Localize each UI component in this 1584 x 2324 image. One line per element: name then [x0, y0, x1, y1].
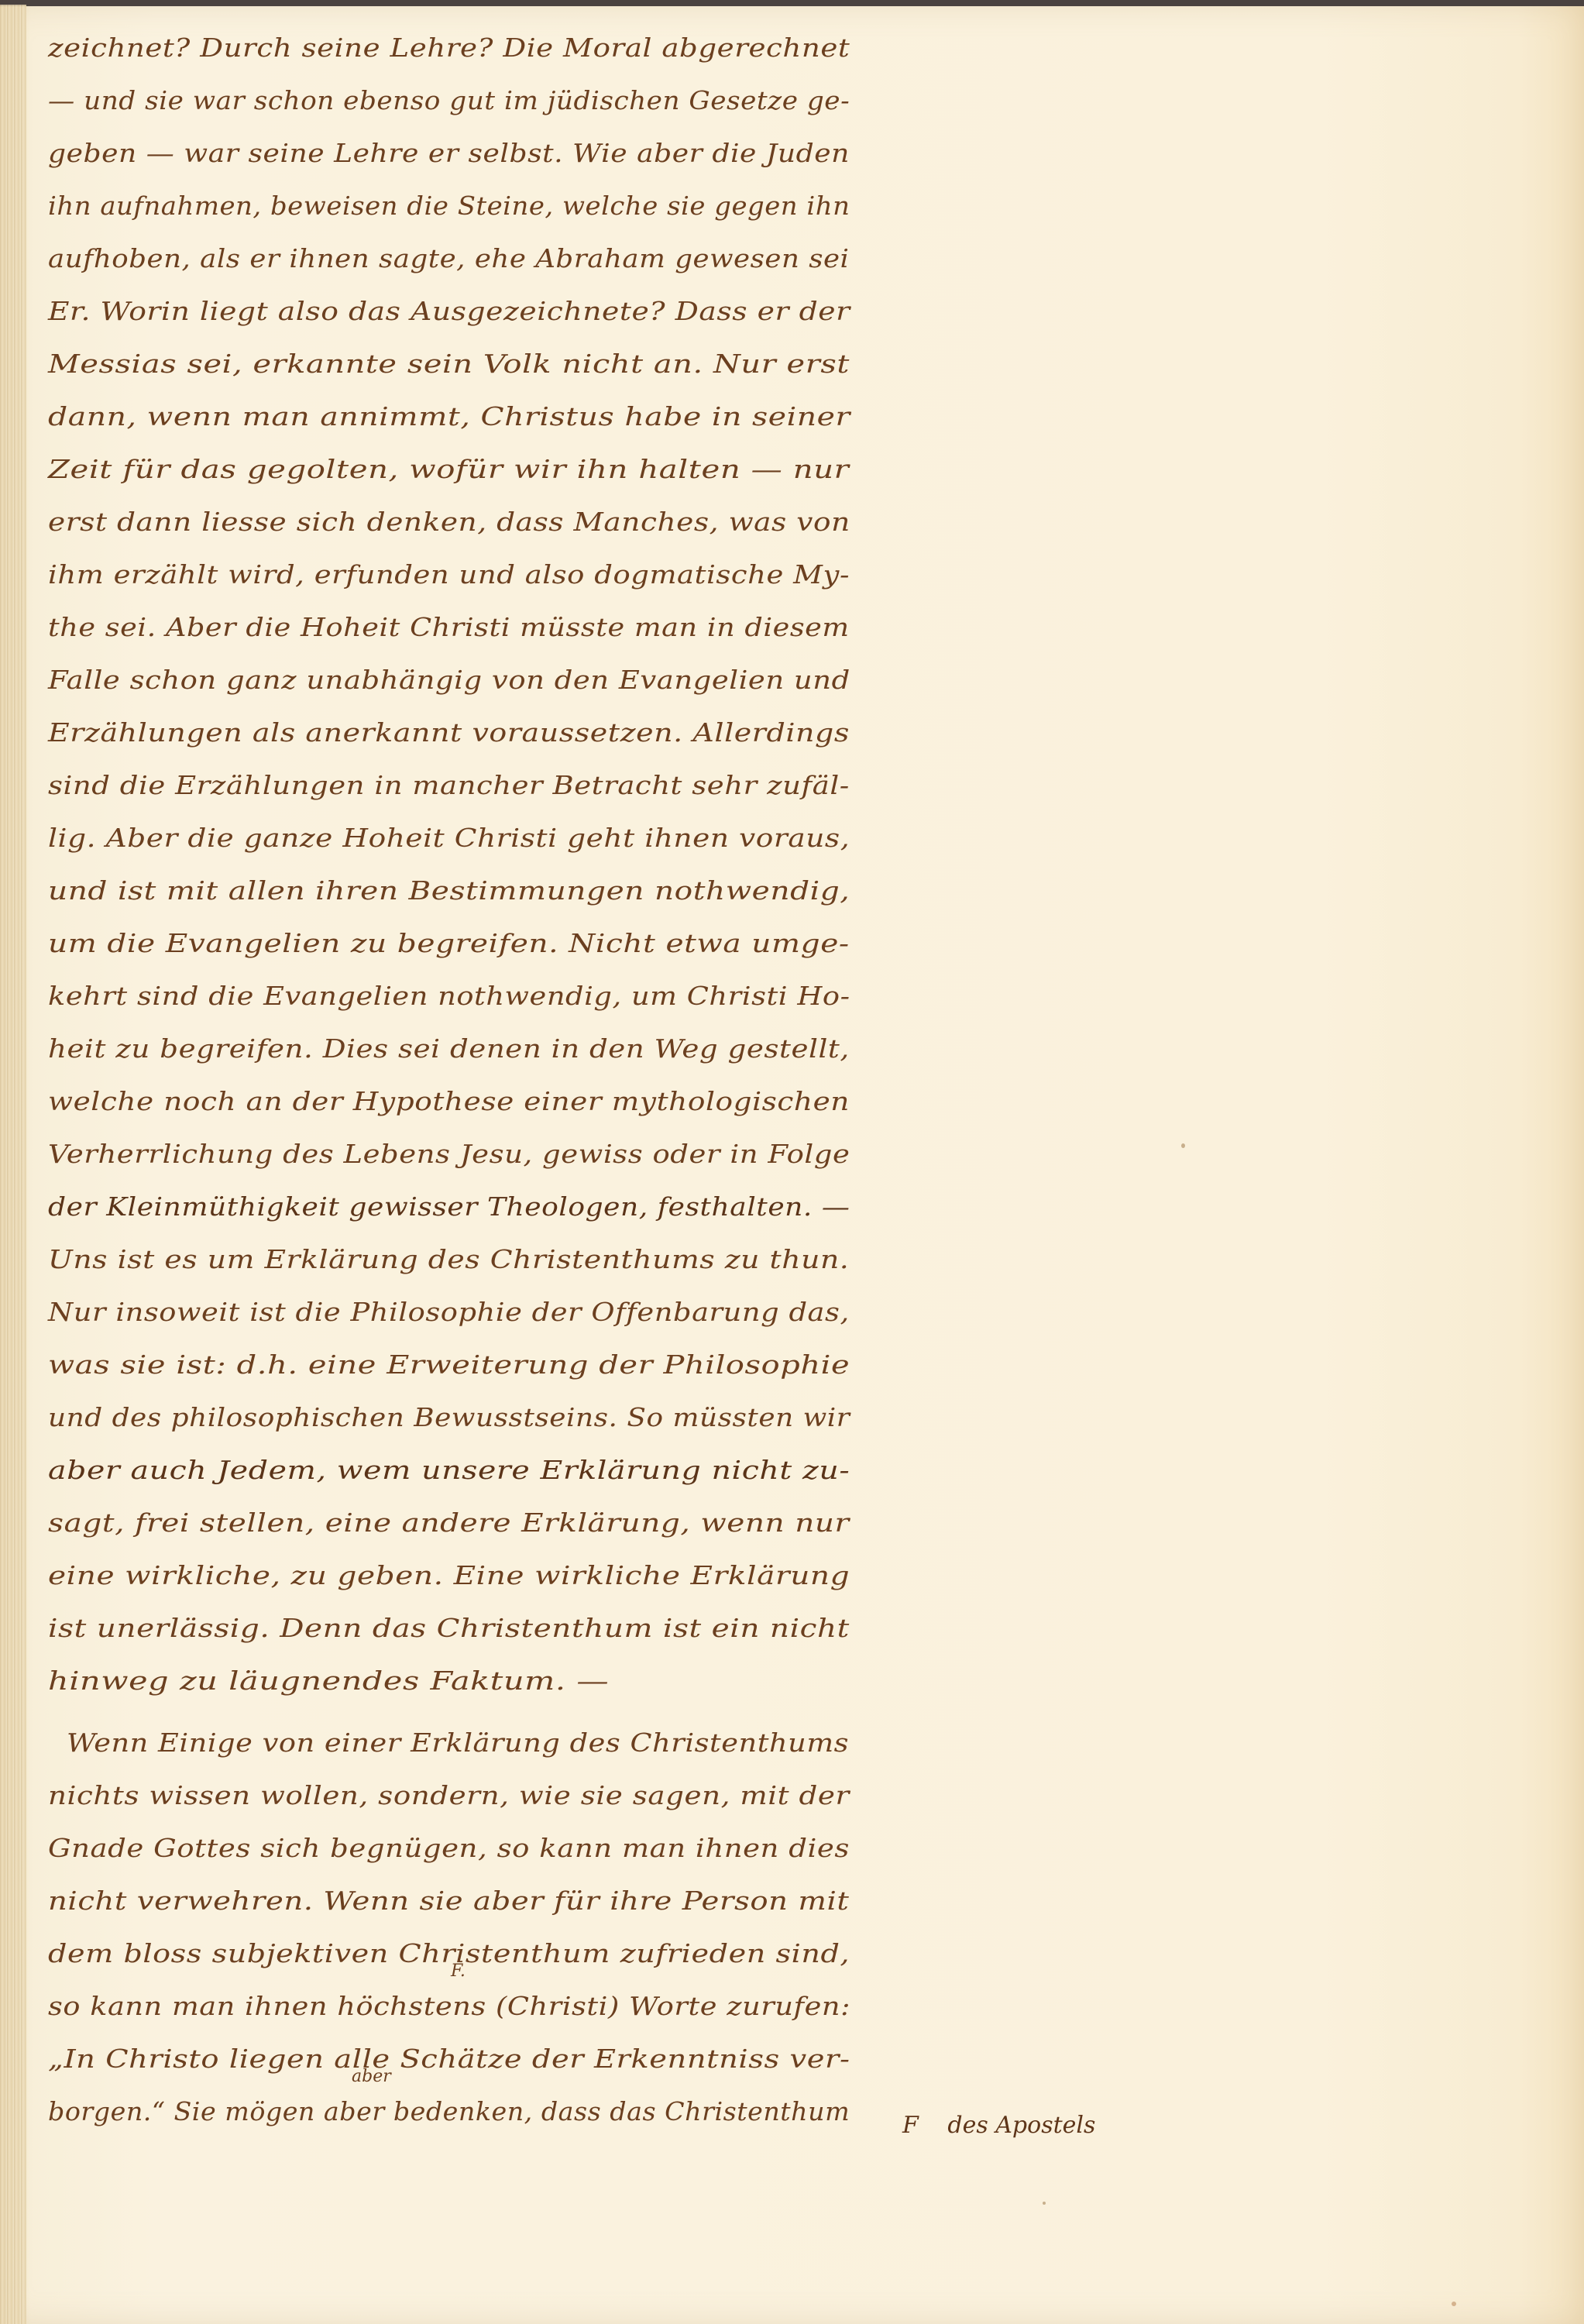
margin-note-marker: F	[902, 2112, 919, 2139]
paper-speck	[1181, 1143, 1185, 1148]
manuscript-line: Erzählungen als anerkannt voraussetzen. …	[48, 711, 850, 755]
manuscript-line: Verherrlichung des Lebens Jesu, gewiss o…	[48, 1133, 850, 1176]
binding-gutter	[0, 5, 26, 2324]
manuscript-line: dann, wenn man annimmt, Christus habe in…	[48, 395, 850, 438]
margin-note-text: des Apostels	[947, 2112, 1095, 2139]
manuscript-line: zeichnet? Durch seine Lehre? Die Moral a…	[48, 26, 850, 70]
manuscript-line: lig. Aber die ganze Hoheit Christi geht …	[48, 816, 850, 860]
manuscript-line: ihm erzählt wird, erfunden und also dogm…	[48, 553, 850, 596]
manuscript-line: the sei. Aber die Hoheit Christi müsste …	[48, 606, 850, 649]
interlinear-insertion-marker: F.	[451, 1961, 466, 1981]
manuscript-line: dem bloss subjektiven Christenthum zufri…	[48, 1932, 850, 1975]
manuscript-line: und ist mit allen ihren Bestimmungen not…	[48, 869, 850, 913]
manuscript-line: heit zu begreifen. Dies sei denen in den…	[48, 1027, 850, 1071]
manuscript-page: zeichnet? Durch seine Lehre? Die Moral a…	[0, 5, 1584, 2324]
manuscript-line: Falle schon ganz unabhängig von den Evan…	[48, 658, 850, 702]
manuscript-line: borgen.“ Sie mögen aber bedenken, dass d…	[48, 2090, 850, 2133]
manuscript-line: Er. Worin liegt also das Ausgezeichnete?…	[48, 290, 850, 333]
manuscript-line: Messias sei, erkannte sein Volk nicht an…	[48, 342, 850, 386]
manuscript-line: eine wirkliche, zu geben. Eine wirkliche…	[48, 1554, 850, 1597]
manuscript-line: ist unerlässig. Denn das Christenthum is…	[48, 1607, 850, 1650]
margin-note: F des Apostels	[902, 2112, 1095, 2139]
manuscript-line: geben — war seine Lehre er selbst. Wie a…	[48, 132, 850, 175]
manuscript-line: Zeit für das gegolten, wofür wir ihn hal…	[48, 448, 849, 491]
manuscript-line: Nur insoweit ist die Philosophie der Off…	[48, 1291, 850, 1334]
manuscript-line: so kann man ihnen höchstens (Christi) Wo…	[48, 1985, 850, 2028]
manuscript-line: Gnade Gottes sich begnügen, so kann man …	[48, 1827, 850, 1870]
manuscript-line: — und sie war schon ebenso gut im jüdisc…	[48, 79, 850, 122]
paper-speck	[1452, 2302, 1456, 2306]
manuscript-line: „In Christo liegen alle Schätze der Erke…	[48, 2037, 850, 2081]
manuscript-line: welche noch an der Hypothese einer mytho…	[48, 1080, 850, 1123]
book-cover-edge	[0, 0, 1584, 6]
manuscript-line: Uns ist es um Erklärung des Christenthum…	[48, 1238, 849, 1281]
manuscript-line: nichts wissen wollen, sondern, wie sie s…	[48, 1774, 850, 1817]
paper-speck	[1043, 2202, 1046, 2205]
manuscript-line: was sie ist: d.h. eine Erweiterung der P…	[48, 1343, 850, 1387]
manuscript-line: sind die Erzählungen in mancher Betracht…	[48, 764, 850, 807]
manuscript-line: sagt, frei stellen, eine andere Erklärun…	[48, 1501, 850, 1545]
manuscript-line: aufhoben, als er ihnen sagte, ehe Abraha…	[48, 237, 849, 280]
manuscript-line: kehrt sind die Evangelien nothwendig, um…	[48, 975, 850, 1018]
manuscript-line: um die Evangelien zu begreifen. Nicht et…	[48, 922, 850, 965]
manuscript-line: erst dann liesse sich denken, dass Manch…	[48, 500, 850, 544]
manuscript-line: und des philosophischen Bewusstseins. So…	[48, 1396, 850, 1439]
manuscript-line: Wenn Einige von einer Erklärung des Chri…	[67, 1721, 849, 1765]
manuscript-line: aber auch Jedem, wem unsere Erklärung ni…	[48, 1449, 850, 1492]
manuscript-line: hinweg zu läugnendes Faktum. —	[48, 1659, 609, 1703]
manuscript-line: der Kleinmüthigkeit gewisser Theologen, …	[48, 1185, 850, 1229]
interlinear-insertion: aber	[352, 2067, 391, 2086]
manuscript-line: ihn aufnahmen, beweisen die Steine, welc…	[48, 184, 850, 228]
manuscript-line: nicht verwehren. Wenn sie aber für ihre …	[48, 1879, 849, 1923]
